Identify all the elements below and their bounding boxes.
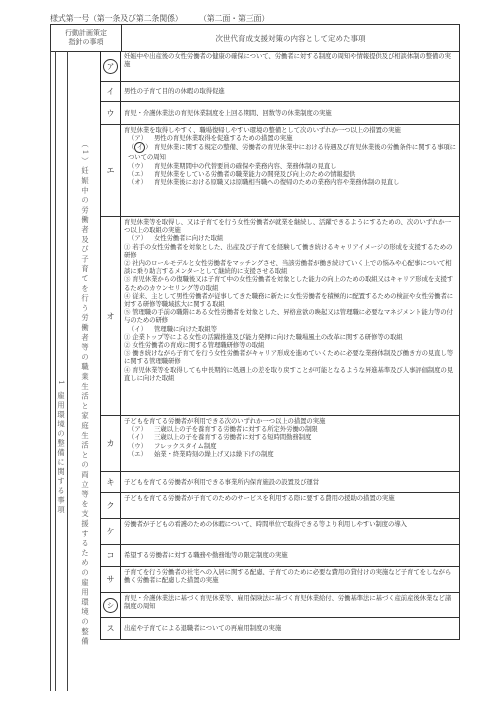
row-content: 育児休業を取得しやすく、職場復帰しやすい環境の整備として次のいずれか一つ以上の措…: [121, 125, 459, 216]
row-text: 男性の子育て目的の休暇の取得促進: [121, 82, 459, 101]
row-letter: ク: [101, 493, 121, 518]
row-letter: キ: [101, 472, 121, 492]
table-row: エ 育児休業を取得しやすく、職場復帰しやすい環境の整備として次のいずれか一つ以上…: [101, 124, 459, 216]
row-letter: イ: [101, 82, 121, 101]
form-title: 様式第一号（第一条及び第二条関係） （第二面・第三面）: [50, 13, 283, 24]
category-strip-line-left: [55, 51, 56, 691]
row-letter: ケ: [101, 519, 121, 544]
table-row: シ 育児・介護休業法に基づく育児休業等、雇用保険法に基づく育児休業給付、労働基準…: [101, 592, 459, 617]
row-letter: オ: [101, 217, 121, 415]
row-letter: エ: [101, 125, 121, 216]
row-letter: コ: [101, 545, 121, 566]
row-text: 育児休業を取得しやすく、職場復帰しやすい環境の整備として次のいずれか一つ以上の措…: [124, 126, 456, 134]
row-letter: ア: [101, 51, 121, 81]
table-row: イ 男性の子育て目的の休暇の取得促進: [101, 81, 459, 101]
group-item: ⑤ 管理職の手前の職階にある女性労働者を対象とした、昇格意欲の喚起又は管理職に必…: [124, 308, 456, 324]
row-content: 子どもを育てる労働者が利用できる次のいずれか一つ以上の措置の実施 （ア）三歳以上…: [121, 416, 459, 471]
header-left-line1: 行動計画策定: [65, 29, 107, 38]
row-text: 子どもを育てる労働者が子育てのためのサービスを利用する際に要する費用の援助の措置…: [121, 493, 459, 518]
table-row: ス 出産や子育てによる退職者についての再雇用制度の実施: [101, 617, 459, 639]
category-label: 1 雇用環境の整備に関する事項: [56, 380, 66, 515]
left-border-line: [50, 51, 51, 691]
sub-item: （ウ）フレックスタイム制度: [124, 442, 456, 450]
row-content: 育児休業等を取得し、又は子育てを行う女性労働者が就業を継続し、活躍できるようにす…: [121, 217, 459, 415]
row-text: 子どもを育てる労働者が利用できる事業所内保育施設の設置及び運営: [121, 472, 459, 492]
table-row: カ 子どもを育てる労働者が利用できる次のいずれか一つ以上の措置の実施 （ア）三歳…: [101, 415, 459, 471]
group-item: ② 社内のロールモデルと女性労働者をマッチングさせ、当該労働者が働き続けていく上…: [124, 259, 456, 275]
table-row: ケ 労働者が子どもの看護のための休暇について、時間単位で取得できる等より利用しや…: [101, 518, 459, 544]
sub-item: （イ）三歳以上の子を養育する労働者に対する短時間勤務制度: [124, 433, 456, 441]
table-row: ア 妊娠中や出産後の女性労働者の健康の確保について、労働者に対する制度の周知や情…: [101, 51, 459, 81]
group-item: ③ 働き続けながら子育てを行う女性労働者がキャリア形成を進めていくために必要な業…: [124, 349, 456, 365]
row-letter: ウ: [101, 102, 121, 124]
category-strip-line-right: [67, 51, 68, 691]
row-text: 希望する労働者に対する職務や勤務地等の限定制度の実施: [121, 545, 459, 566]
sub-item: （ウ）育児休業期間中の代替要員の確保や業務内容、業務体制の見直し: [124, 162, 456, 170]
table-header: 行動計画策定 指針の事項 次世代育成支援対策の内容として定めた事項: [50, 24, 460, 52]
sub-item: （ア）男性の育児休業取得を促進するための措置の実施: [124, 134, 456, 142]
table-row: ク 子どもを育てる労働者が子育てのためのサービスを利用する際に要する費用の援助の…: [101, 492, 459, 518]
group-heading: （ア）女性労働者に向けた取組: [124, 234, 456, 242]
table-row: キ 子どもを育てる労働者が利用できる事業所内保育施設の設置及び運営: [101, 471, 459, 492]
row-letter: カ: [101, 416, 121, 471]
row-text: 子育てを行う労働者の社宅への入居に関する配慮、子育てのために必要な費用の貸付けの…: [121, 567, 459, 592]
header-guideline-column: 行動計画策定 指針の事項: [51, 25, 122, 51]
row-letter: ス: [101, 618, 121, 639]
sub-item-circled: （イ）育児休業に関する規定の整備、労働者の育児休業中における待遇及び育児休業後の…: [124, 142, 456, 161]
group-item: ① 若手の女性労働者を対象とした、出産及び子育てを経験して働き続けるキャリアイメ…: [124, 243, 456, 259]
header-measures-column: 次世代育成支援対策の内容として定めた事項: [122, 25, 459, 51]
row-letter: シ: [101, 593, 121, 617]
header-left-line2: 指針の事項: [65, 38, 107, 47]
row-text: 子どもを育てる労働者が利用できる次のいずれか一つ以上の措置の実施: [124, 417, 456, 425]
subcategory-label: （1）妊娠中の労働者及び子育てを行う労働者等の職業生活と家庭生活との両立等を支援…: [80, 140, 90, 647]
row-text: 労働者が子どもの看護のための休暇について、時間単位で取得できる等より利用しやすい…: [121, 519, 459, 544]
row-text: 育児・介護休業法に基づく育児休業等、雇用保険法に基づく育児休業給付、労働基準法に…: [121, 593, 459, 617]
group-item: ④ 従来、主として男性労働者が従事してきた職務に新たに女性労働者を積極的に配置す…: [124, 292, 456, 308]
group-item: ① 企業トップ等による女性の活躍推進及び能力発揮に向けた職場風土の改革に関する研…: [124, 333, 456, 341]
form-title-main: 様式第一号（第一条及び第二条関係）: [50, 14, 183, 23]
sub-item: （オ）育児休業後における原職又は原職相当職への復帰のための業務内容や業務体制の見…: [124, 178, 456, 186]
row-letter: サ: [101, 567, 121, 592]
measures-table: ア 妊娠中や出産後の女性労働者の健康の確保について、労働者に対する制度の周知や情…: [100, 51, 460, 640]
group-heading: （イ）管理職に向けた取組等: [124, 325, 456, 333]
row-text: 育児休業等を取得し、又は子育てを行う女性労働者が就業を継続し、活躍できるようにす…: [124, 218, 456, 234]
table-row: サ 子育てを行う労働者の社宅への入居に関する配慮、子育てのために必要な費用の貸付…: [101, 566, 459, 592]
sub-item: （エ）始業・終業時刻の繰上げ又は繰下げの制度: [124, 450, 456, 458]
table-row: ウ 育児・介護休業法の育児休業制度を上回る期間、回数等の休業制度の実施: [101, 101, 459, 124]
table-row: オ 育児休業等を取得し、又は子育てを行う女性労働者が就業を継続し、活躍できるよう…: [101, 216, 459, 415]
table-row: コ 希望する労働者に対する職務や勤務地等の限定制度の実施: [101, 544, 459, 566]
group-item: ④ 育児休業等を取得しても中長期的に処遇上の差を取り戻すことが可能となるような昇…: [124, 366, 456, 382]
sub-item: （エ）育児休業をしている労働者の職業能力の開発及び向上のための情報提供: [124, 170, 456, 178]
form-title-pages: （第二面・第三面）: [199, 14, 269, 23]
row-text: 育児・介護休業法の育児休業制度を上回る期間、回数等の休業制度の実施: [121, 102, 459, 124]
row-text: 妊娠中や出産後の女性労働者の健康の確保について、労働者に対する制度の周知や情報提…: [121, 51, 459, 81]
row-text: 出産や子育てによる退職者についての再雇用制度の実施: [121, 618, 459, 639]
group-item: ③ 育児休業からの復職後又は子育て中の女性労働者を対象とした能力の向上のための取…: [124, 275, 456, 291]
